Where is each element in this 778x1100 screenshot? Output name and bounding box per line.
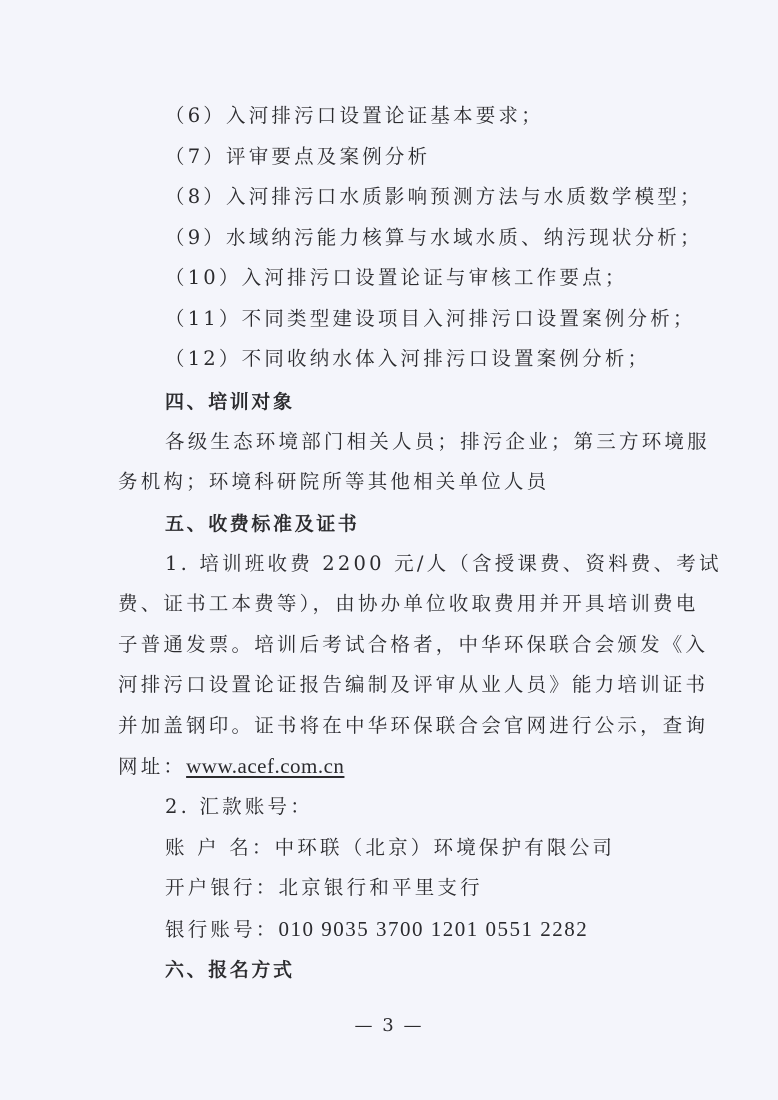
website-link[interactable]: www.acef.com.cn [186, 754, 344, 778]
list-item: （12）不同收纳水体入河排污口设置案例分析； [165, 345, 650, 373]
account-number-value: 010 9035 3700 1201 0551 2282 [279, 917, 589, 941]
account-number-line: 银行账号：010 9035 3700 1201 0551 2282 [165, 915, 588, 944]
bank-line: 开户银行：北京银行和平里支行 [165, 874, 483, 902]
list-item: （7）评审要点及案例分析 [165, 143, 430, 171]
list-item: （9）水域纳污能力核算与水域水质、纳污现状分析； [165, 224, 703, 252]
paragraph-line: 并加盖钢印。证书将在中华环保联合会官网进行公示，查询 [118, 712, 708, 740]
document-page: （6）入河排污口设置论证基本要求； （7）评审要点及案例分析 （8）入河排污口水… [0, 0, 778, 1100]
list-item: （11）不同类型建设项目入河排污口设置案例分析； [165, 305, 696, 333]
remittance-title: 2. 汇款账号： [165, 793, 313, 821]
account-name-label: 账 户 名： [165, 836, 275, 859]
list-item: （10）入河排污口设置论证与审核工作要点； [165, 264, 628, 292]
paragraph-line: 各级生态环境部门相关人员；排污企业；第三方环境服 [165, 428, 710, 456]
paragraph-line: 务机构；环境科研院所等其他相关单位人员 [118, 468, 549, 496]
website-line: 网址：www.acef.com.cn [118, 752, 344, 781]
bank-value: 北京银行和平里支行 [279, 876, 483, 899]
paragraph-line: 子普通发票。培训后考试合格者，中华环保联合会颁发《入 [118, 631, 708, 659]
page-number: — 3 — [0, 1015, 778, 1036]
list-item: （8）入河排污口水质影响预测方法与水质数学模型； [165, 183, 703, 211]
paragraph-line: 费、证书工本费等），由协办单位收取费用并开具培训费电 [118, 590, 698, 618]
account-name-value: 中环联（北京）环境保护有限公司 [275, 836, 616, 859]
account-name-line: 账 户 名：中环联（北京）环境保护有限公司 [165, 834, 615, 862]
section-heading-fees: 五、收费标准及证书 [165, 510, 359, 538]
section-heading-training-target: 四、培训对象 [165, 388, 295, 416]
bank-label: 开户银行： [165, 876, 279, 899]
account-number-label: 银行账号： [165, 918, 279, 941]
list-item: （6）入河排污口设置论证基本要求； [165, 102, 544, 130]
paragraph-line: 1. 培训班收费 2200 元/人（含授课费、资料费、考试 [165, 550, 722, 578]
section-heading-registration: 六、报名方式 [165, 956, 295, 984]
paragraph-line: 河排污口设置论证报告编制及评审从业人员》能力培训证书 [118, 671, 708, 699]
website-label: 网址： [118, 755, 186, 778]
